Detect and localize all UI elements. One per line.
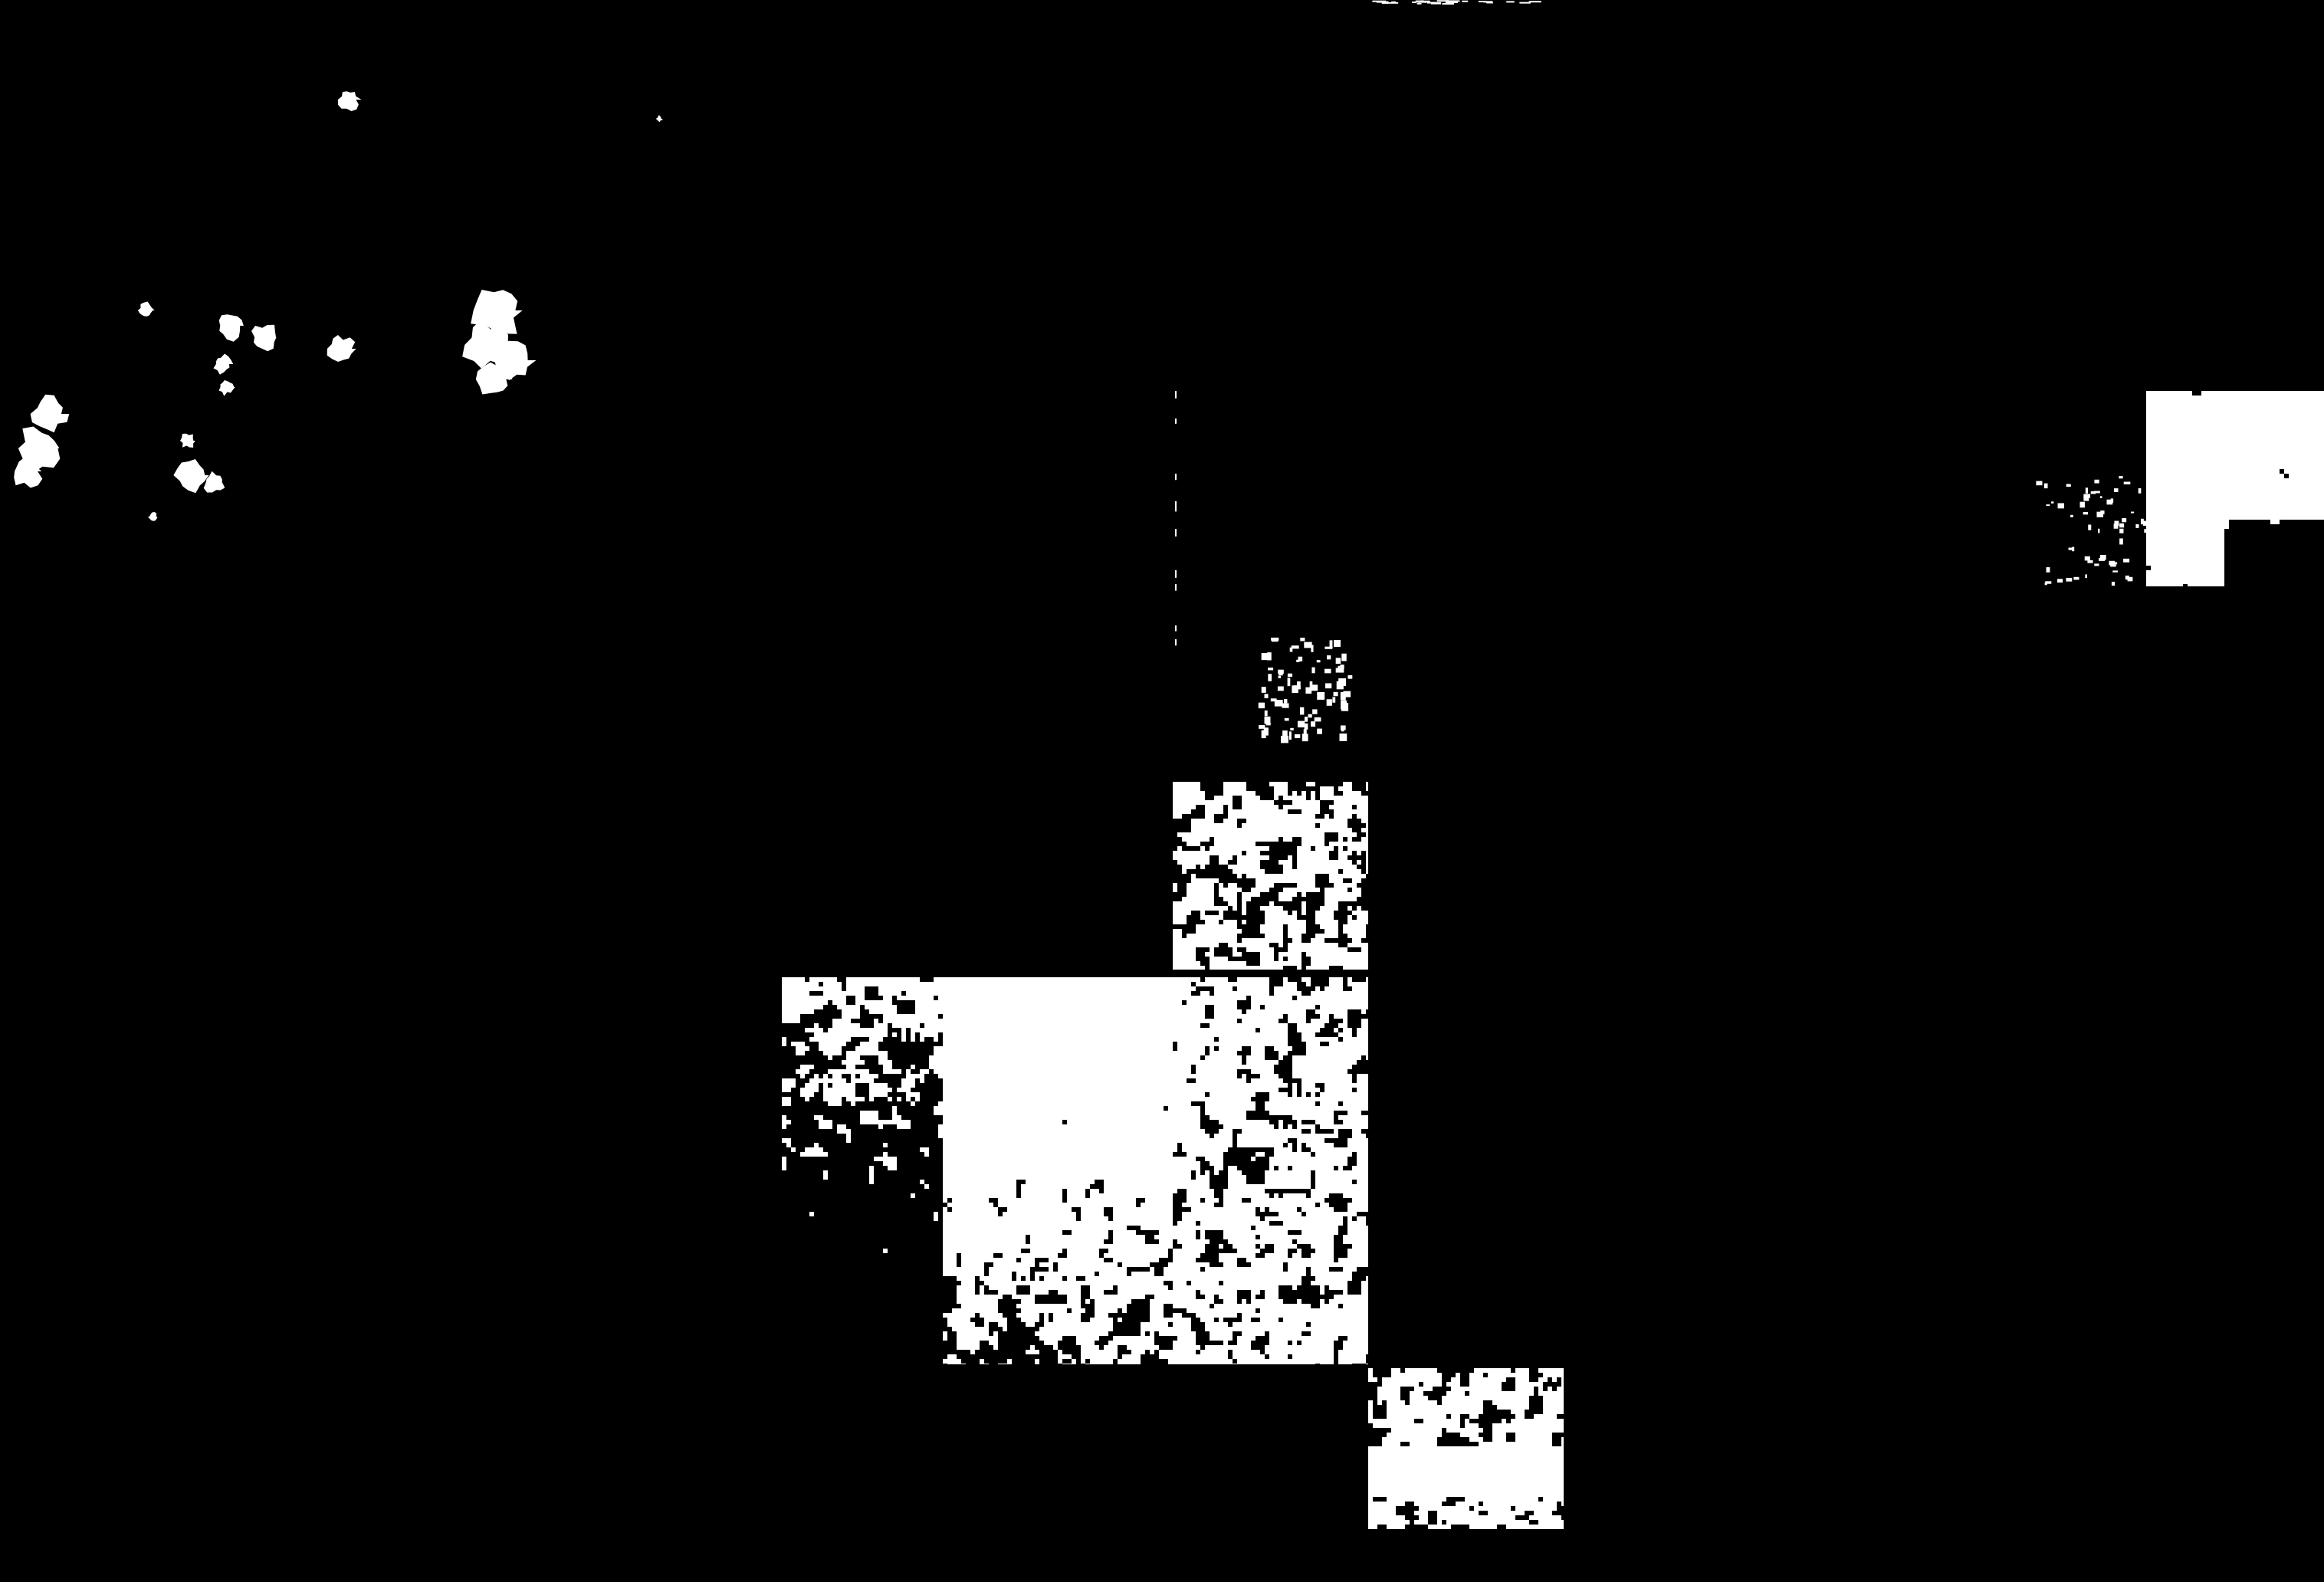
binary-mask-raster (0, 0, 2324, 1582)
